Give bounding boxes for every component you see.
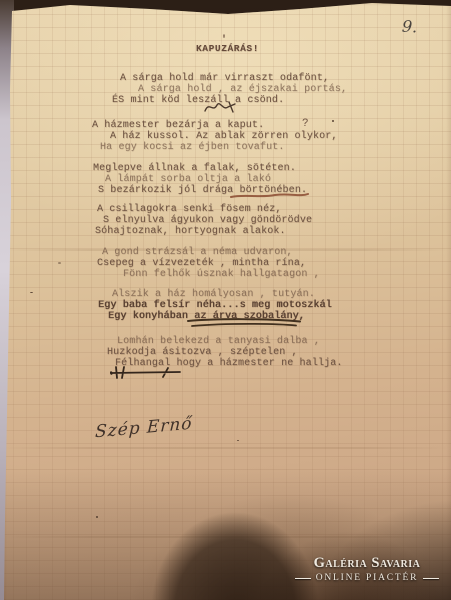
paper-speck bbox=[237, 440, 239, 441]
double-underline-mark bbox=[186, 317, 304, 329]
stanza-2-line-2: A ház kussol. Az ablak zörren olykor, bbox=[110, 132, 338, 142]
watermark-gallery-name: Galéria Savaria bbox=[288, 556, 446, 571]
typed-question-mark: ? bbox=[302, 118, 309, 130]
stanza-5-line-2: Csepeg a vízvezeték , mintha rína, bbox=[97, 259, 306, 269]
page-number: 9. bbox=[401, 17, 417, 36]
stanza-4-line-1: A csillagokra senki fösem néz, bbox=[97, 205, 282, 215]
handwritten-strikeout-mark bbox=[110, 365, 184, 381]
watermark-subtitle: ONLINE PIACTÉR bbox=[316, 573, 419, 583]
paper-speck bbox=[58, 262, 61, 264]
stanza-3-line-1: Meglepve állnak a falak, sötéten. bbox=[93, 164, 296, 174]
stanza-4-line-3: Sóhajtoznak, hortyognak alakok. bbox=[95, 227, 286, 237]
stanza-5-line-1: A gond strázsál a néma udvaron, bbox=[102, 248, 293, 258]
red-pencil-underline bbox=[230, 190, 310, 200]
stanza-2-line-3: Ha egy kocsi az éjben tovafut. bbox=[100, 143, 285, 153]
poem-title: KAPUZÁRÁS! bbox=[196, 44, 259, 54]
stanza-1-line-2: A sárga hold , az éjszakai portás, bbox=[138, 85, 347, 95]
stanza-5-line-3: Fönn felhők úsznak hallgatagon , bbox=[123, 270, 320, 280]
paper-sheet: 9. ' KAPUZÁRÁS! A sárga hold már virrasz… bbox=[0, 0, 451, 600]
stanza-4-line-2: S elnyulva ágyukon vagy göndörödve bbox=[103, 216, 312, 226]
paper-speck bbox=[332, 120, 334, 122]
photo-of-typewritten-poem: 9. ' KAPUZÁRÁS! A sárga hold már virrasz… bbox=[0, 0, 451, 600]
stanza-6-line-2: Egy baba felsír néha...s meg motoszkál bbox=[98, 301, 332, 311]
watermark-dash-right bbox=[423, 578, 439, 579]
stanza-7-line-2: Huzkodja ásitozva , széptelen , bbox=[107, 348, 298, 358]
paper-crease bbox=[0, 536, 451, 538]
paper-speck bbox=[30, 292, 33, 293]
handwritten-correction-squiggle bbox=[203, 99, 239, 115]
stanza-7-line-1: Lomhán belekezd a tanyasi dalba , bbox=[117, 337, 320, 347]
stanza-1-line-1: A sárga hold már virraszt odafönt, bbox=[120, 74, 329, 84]
paper-crease bbox=[0, 447, 451, 449]
watermark-dash-left bbox=[295, 578, 311, 579]
stanza-3-line-2: A lámpát sorba oltja a lakó bbox=[105, 175, 271, 185]
paper-speck bbox=[96, 516, 98, 518]
stanza-6-line-1: Alszik a ház homályosan , tutyán. bbox=[112, 290, 315, 300]
stanza-2-line-1: A házmester bezárja a kaput. bbox=[92, 121, 264, 131]
stanza-1-line-3: ÉS mint köd leszáll a csönd. bbox=[112, 96, 284, 106]
watermark: Galéria Savaria ONLINE PIACTÉR bbox=[288, 556, 446, 583]
